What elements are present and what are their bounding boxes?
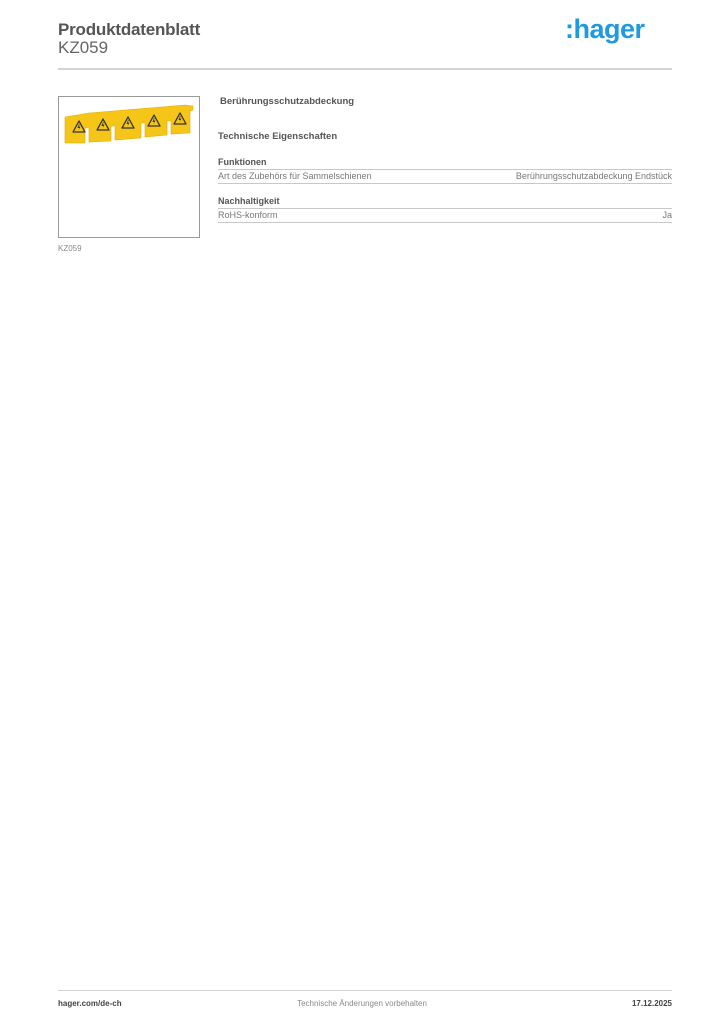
product-code: KZ059 [58, 38, 108, 58]
footer-disclaimer: Technische Änderungen vorbehalten [0, 999, 724, 1008]
group-title: Nachhaltigkeit [218, 195, 672, 209]
group-title: Funktionen [218, 156, 672, 170]
busbar-cover-image [59, 97, 201, 239]
document-title: Produktdatenblatt [58, 20, 200, 40]
spec-value: Ja [662, 209, 672, 222]
spec-value: Berührungsschutzabdeckung Endstück [516, 170, 672, 183]
spec-label: Art des Zubehörs für Sammelschienen [218, 170, 372, 183]
spec-row: RoHS-konform Ja [218, 209, 672, 223]
hager-logo: :hager [565, 14, 645, 45]
footer-divider [58, 990, 672, 991]
product-image [58, 96, 200, 238]
section-title-technical: Technische Eigenschaften [218, 131, 337, 142]
footer-date: 17.12.2025 [632, 999, 672, 1008]
spec-group-funktionen: Funktionen Art des Zubehörs für Sammelsc… [218, 156, 672, 184]
spec-group-nachhaltigkeit: Nachhaltigkeit RoHS-konform Ja [218, 195, 672, 223]
image-caption: KZ059 [58, 244, 82, 253]
spec-row: Art des Zubehörs für Sammelschienen Berü… [218, 170, 672, 184]
product-name: Berührungsschutzabdeckung [220, 96, 354, 107]
spec-label: RoHS-konform [218, 209, 278, 222]
header-divider [58, 68, 672, 70]
